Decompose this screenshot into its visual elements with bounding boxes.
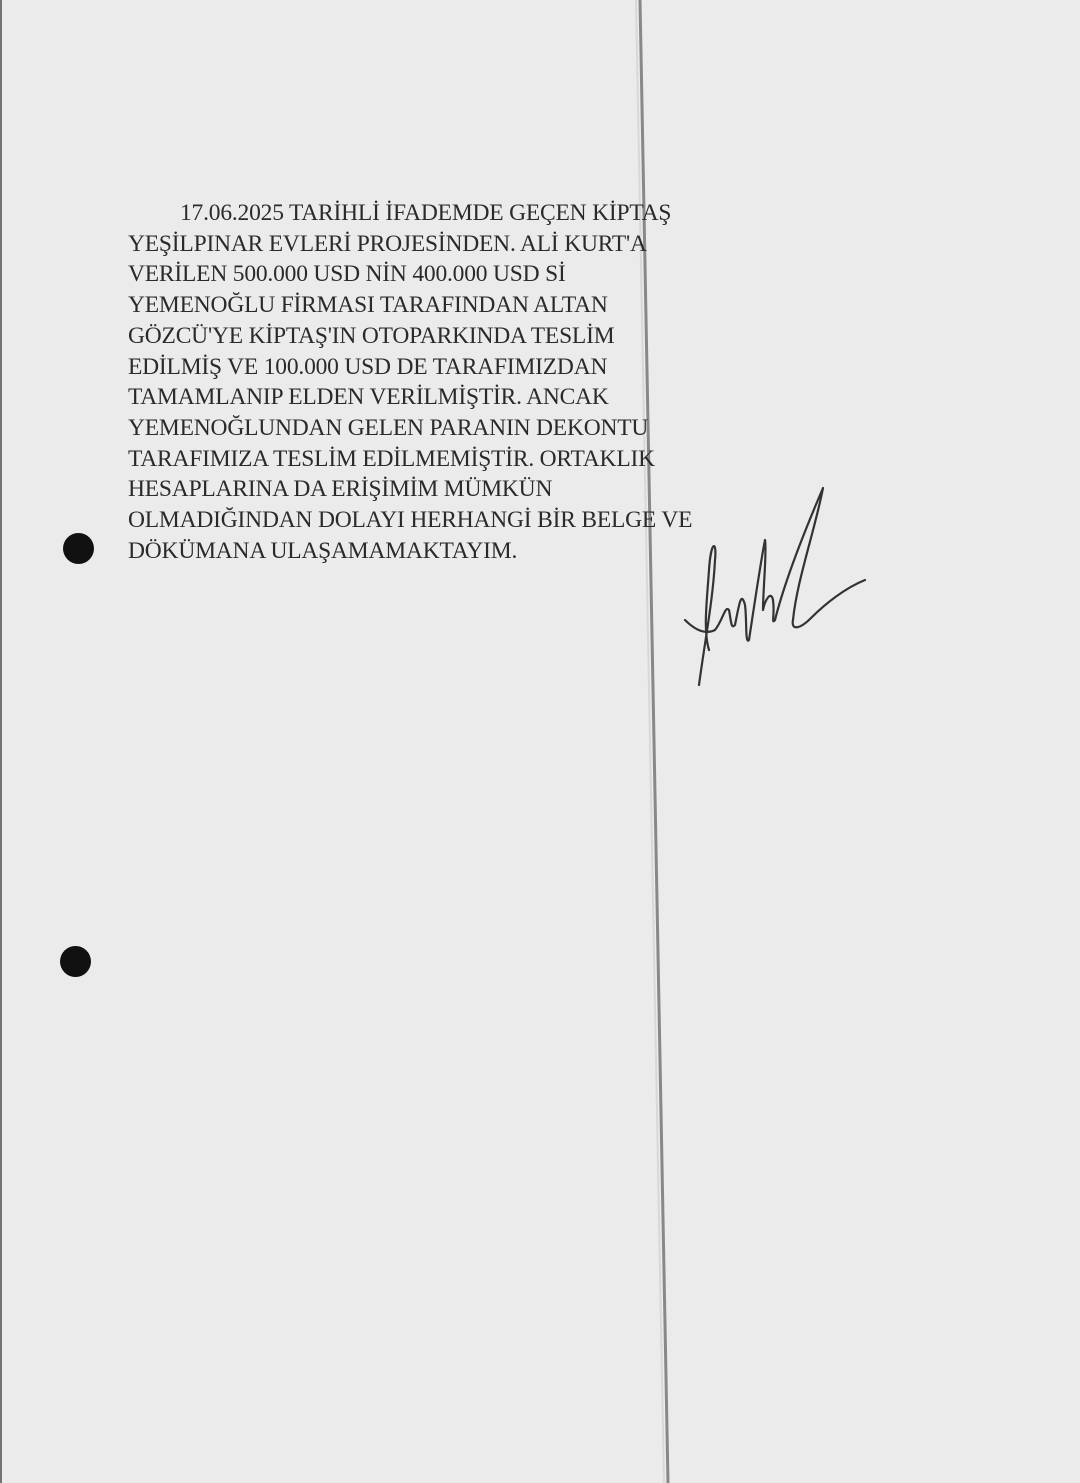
paragraph-line: TARAFIMIZA TESLİM EDİLMEMİŞTİR. ORTAKLIK: [128, 444, 808, 475]
punch-hole-bottom: [60, 946, 91, 977]
punch-hole-top: [63, 533, 94, 564]
page-left-edge: [0, 0, 2, 1483]
paragraph-line: GÖZCÜ'YE KİPTAŞ'IN OTOPARKINDA TESLİM: [128, 321, 808, 352]
paragraph-line: YEMENOĞLUNDAN GELEN PARANIN DEKONTU: [128, 413, 808, 444]
paragraph-line: VERİLEN 500.000 USD NİN 400.000 USD Sİ: [128, 259, 808, 290]
signature-icon: [675, 480, 875, 690]
paragraph-line: TAMAMLANIP ELDEN VERİLMİŞTİR. ANCAK: [128, 382, 808, 413]
paragraph-line: YEMENOĞLU FİRMASI TARAFINDAN ALTAN: [128, 290, 808, 321]
paragraph-line: YEŞİLPINAR EVLERİ PROJESİNDEN. ALİ KURT'…: [128, 229, 808, 260]
paragraph-line: 17.06.2025 TARİHLİ İFADEMDE GEÇEN KİPTAŞ: [128, 198, 808, 229]
paragraph-line: EDİLMİŞ VE 100.000 USD DE TARAFIMIZDAN: [128, 352, 808, 383]
